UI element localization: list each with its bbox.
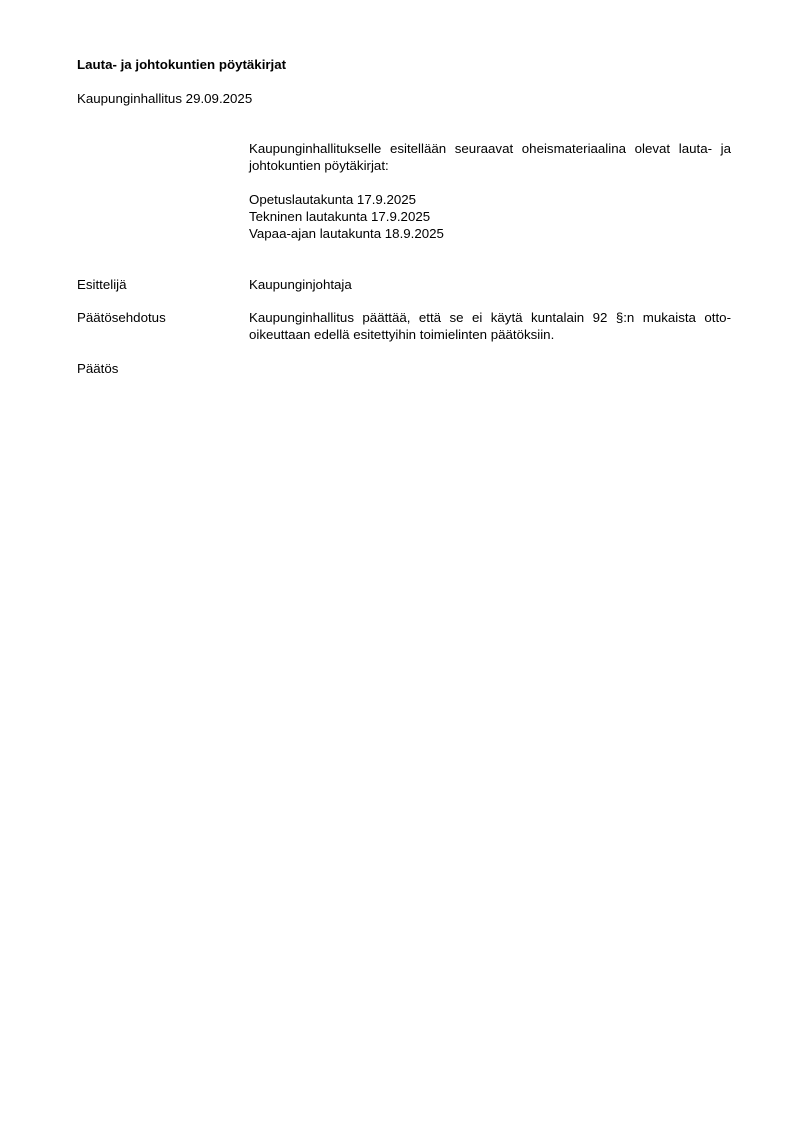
decision-label: Päätös: [77, 360, 118, 377]
proposal-label: Päätösehdotus: [77, 309, 166, 326]
meeting-heading: Kaupunginhallitus 29.09.2025: [77, 90, 252, 107]
minutes-list: Opetuslautakunta 17.9.2025 Tekninen laut…: [249, 191, 444, 242]
proposal-value: Kaupunginhallitus päättää, että se ei kä…: [249, 309, 731, 343]
document-title: Lauta- ja johtokuntien pöytäkirjat: [77, 56, 286, 73]
presenter-label: Esittelijä: [77, 276, 127, 293]
minutes-item: Opetuslautakunta 17.9.2025: [249, 191, 444, 208]
minutes-item: Tekninen lautakunta 17.9.2025: [249, 208, 444, 225]
intro-paragraph: Kaupunginhallitukselle esitellään seuraa…: [249, 140, 731, 174]
presenter-value: Kaupunginjohtaja: [249, 276, 731, 293]
minutes-item: Vapaa-ajan lautakunta 18.9.2025: [249, 225, 444, 242]
